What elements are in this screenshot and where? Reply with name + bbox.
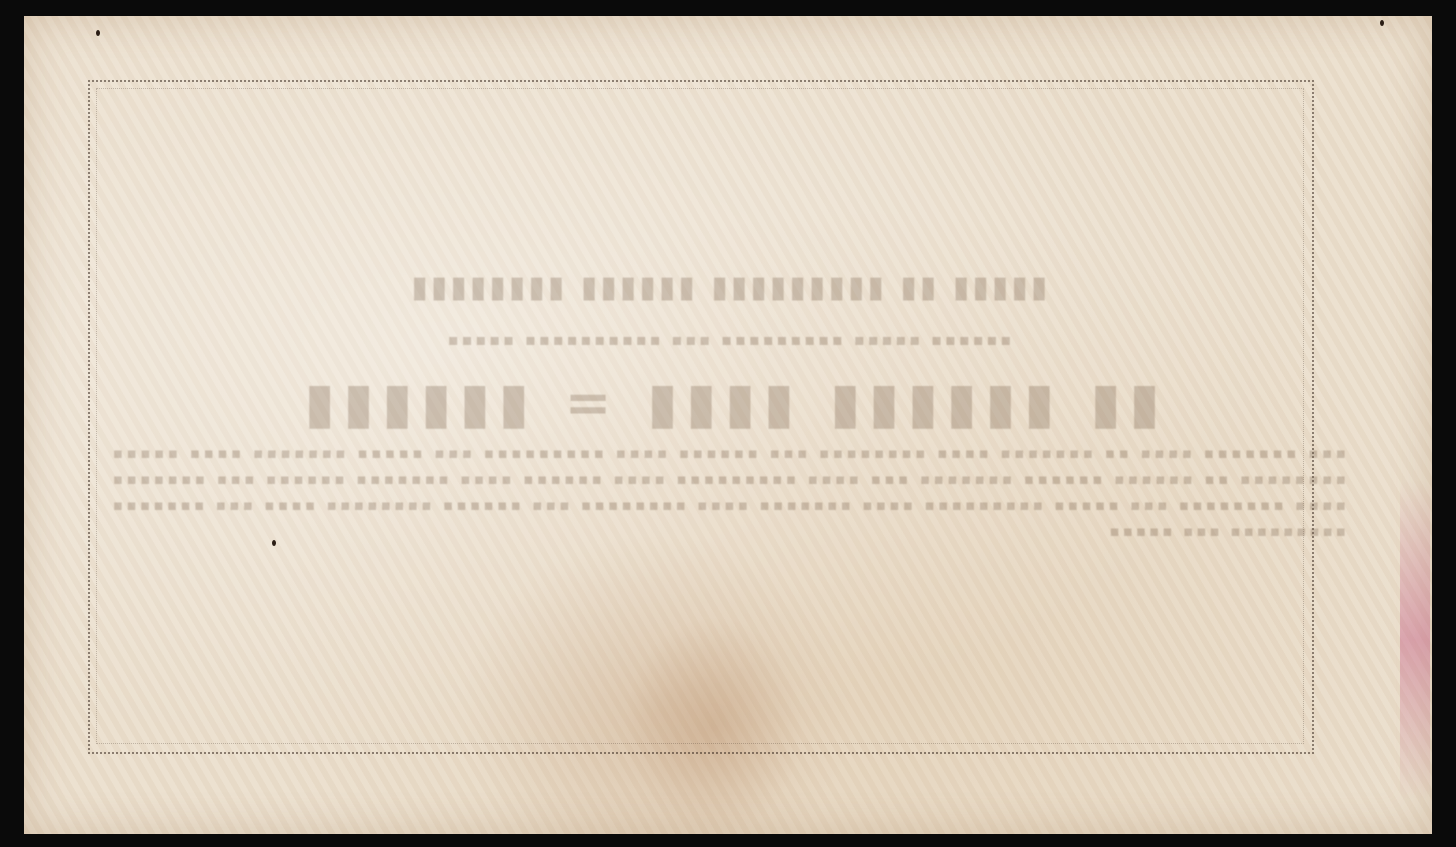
bleed-through-heading: ▮▮▮▮▮ ▮▮ ▮▮▮▮▮▮▮▮▮ ▮▮▮▮▮▮ ▮▮▮▮▮▮▮▮ [110, 270, 1346, 305]
bleed-through-subheading: ▪▪▪▪▪▪ ▪▪▪▪▪ ▪▪▪▪▪▪▪▪▪ ▪▪▪ ▪▪▪▪▪▪▪▪▪▪ ▪▪… [110, 330, 1346, 349]
ink-speck [1380, 20, 1384, 26]
ink-speck [96, 30, 100, 36]
bleed-through-denomination: ▮▮ ▮▮▮▮▮▮ ▮▮▮▮ = ▮▮▮▮▮▮ [110, 370, 1346, 436]
bleed-through-body-text: ▪▪▪ ▪▪▪▪▪▪▪ ▪▪▪▪ ▪▪ ▪▪▪▪▪▪▪ ▪▪▪▪ ▪▪▪▪▪▪▪… [110, 440, 1346, 544]
edge-stain-magenta [1400, 480, 1430, 800]
ink-speck [272, 540, 276, 546]
